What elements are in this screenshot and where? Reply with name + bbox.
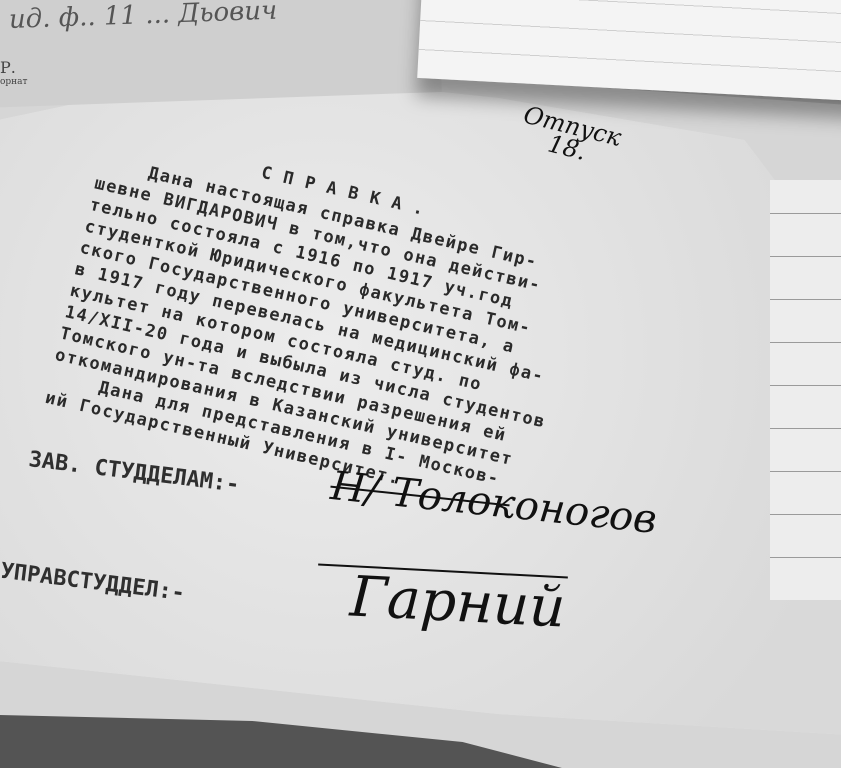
left-margin-fragment: Р. орнат: [0, 58, 28, 87]
fragment-word: орнат: [0, 77, 28, 87]
fragment-letter: Р.: [0, 58, 16, 77]
background-top-sheet: ид. ф.. 11 ... Дьович: [0, 0, 442, 108]
signature-2: Гарний: [348, 564, 566, 640]
background-lined-sheet: [417, 0, 841, 102]
background-handwriting: ид. ф.. 11 ... Дьович: [8, 0, 277, 35]
